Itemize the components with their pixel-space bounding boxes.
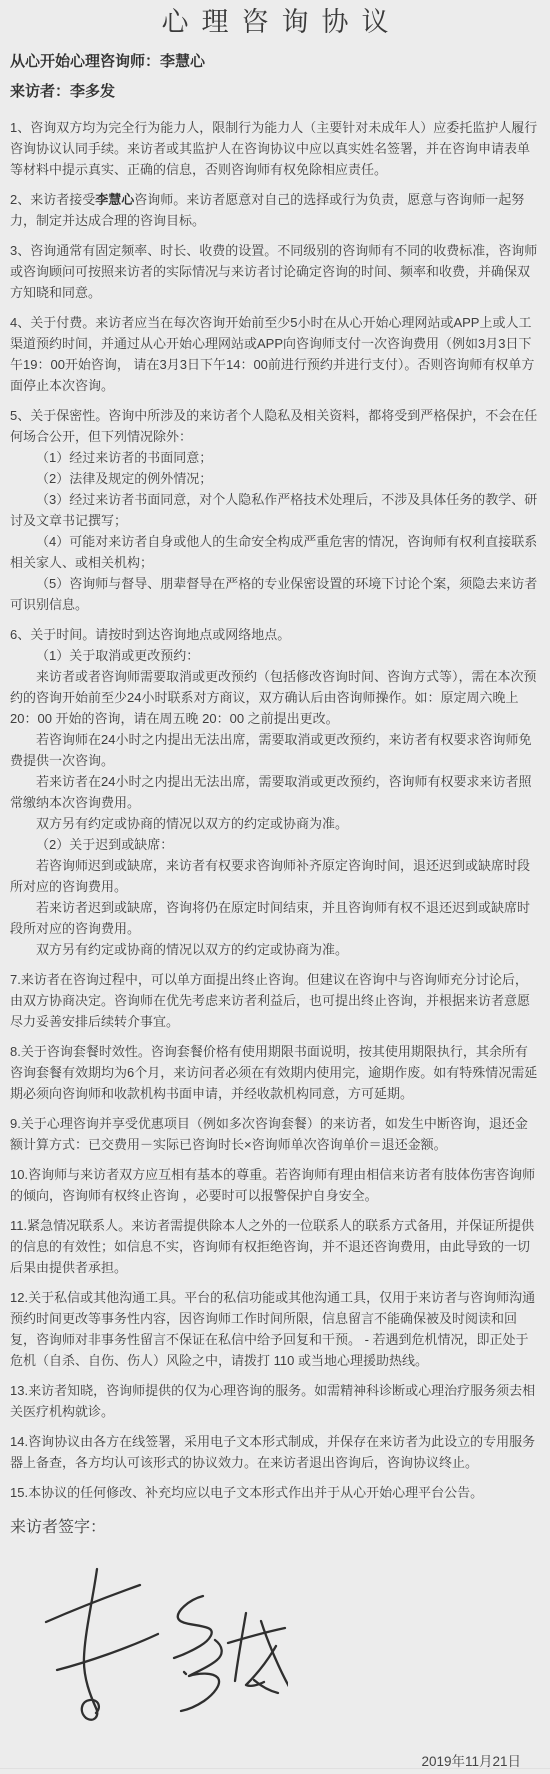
clause-subitem: （5）咨询师与督导、朋辈督导在严格的专业保密设置的环境下讨论个案，须隐去来访者可… [10,573,540,615]
clause-paragraph: 1、咨询双方均为完全行为能力人，限制行为能力人（主要针对未成年人）应委托监护人履… [10,117,540,180]
clause-subitem: （4）可能对来访者自身或他人的生命安全构成严重危害的情况，咨询师有权利直接联系相… [10,531,540,573]
bottom-divider [0,1768,550,1769]
clause-subitem: （2）关于迟到或缺席： [10,834,540,855]
clause-paragraph: 11.紧急情况联系人。来访者需提供除本人之外的一位联系人的联系方式备用，并保证所… [10,1215,540,1278]
clause-subitem: 若咨询师迟到或缺席，来访者有权要求咨询师补齐原定咨询时间，退还迟到或缺席时段所对… [10,855,540,897]
clause-subitem: （1）经过来访者的书面同意； [10,447,540,468]
clause-paragraph: 2、来访者接受李慧心咨询师。来访者愿意对自己的选择或行为负责，愿意与咨询师一起努… [10,189,540,231]
clause-subitem: 若来访者迟到或缺席，咨询将仍在原定时间结束，并且咨询师有权不退还迟到或缺席时段所… [10,897,540,939]
clause-paragraph: 3、咨询通常有固定频率、时长、收费的设置。不同级别的咨询师有不同的收费标准，咨询… [10,240,540,303]
clause-paragraph: 13.来访者知晓，咨询师提供的仅为心理咨询的服务。如需精神科诊断或心理治疗服务须… [10,1380,540,1422]
clause-paragraph: 12.关于私信或其他沟通工具。平台的私信功能或其他沟通工具，仅用于来访者与咨询师… [10,1287,540,1371]
clauses-container: 1、咨询双方均为完全行为能力人，限制行为能力人（主要针对未成年人）应委托监护人履… [10,117,540,1503]
clause-paragraph: 10.咨询师与来访者双方应互相有基本的尊重。若咨询师有理由相信来访者有肢体伤害咨… [10,1164,540,1206]
clause-paragraph: 7.来访者在咨询过程中，可以单方面提出终止咨询。但建议在咨询中与咨询师充分讨论后… [10,969,540,1032]
clause-subitem: （3）经过来访者书面同意，对个人隐私作严格技术处理后，不涉及具体任务的教学、研讨… [10,489,540,531]
signature-area [10,1558,540,1733]
clause-paragraph: 15.本协议的任何修改、补充均应以电子文本形式作出并于从心开始心理平台公告。 [10,1482,540,1503]
clause-paragraph: 9.关于心理咨询并享受优惠项目（例如多次咨询套餐）的来访者，如发生中断咨询，退还… [10,1113,540,1155]
agreement-document: 心理咨询协议 从心开始心理咨询师：李慧心 来访者：李多发 1、咨询双方均为完全行… [0,0,550,1771]
visitor-name-line: 来访者：李多发 [10,84,540,100]
clause-paragraph: 8.关于咨询套餐时效性。咨询套餐价格有使用期限书面说明，按其使用期限执行，其余所… [10,1041,540,1104]
page-title: 心理咨询协议 [10,6,540,38]
clause-subitem: 双方另有约定或协商的情况以双方的约定或协商为准。 [10,939,540,960]
clause-subitem: 若来访者在24小时之内提出无法出席，需要取消或更改预约，咨询师有权要求来访者照常… [10,771,540,813]
clause-paragraph: 4、关于付费。来访者应当在每次咨询开始前至少5小时在从心开始心理网站或APP上或… [10,312,540,396]
clause-paragraph: 14.咨询协议由各方在线签署，采用电子文本形式制成，并保存在来访者为此设立的专用… [10,1431,540,1473]
clause-subitem: 若咨询师在24小时之内提出无法出席，需要取消或更改预约，来访者有权要求咨询师免费… [10,729,540,771]
clause-subitem: （1）关于取消或更改预约： [10,645,540,666]
clause-paragraph: 6、关于时间。请按时到达咨询地点或网络地点。 [10,624,540,645]
counselor-name-line: 从心开始心理咨询师：李慧心 [10,54,540,70]
clause-subitem: 来访者或者咨询师需要取消或更改预约（包括修改咨询时间、咨询方式等），需在本次预约… [10,666,540,729]
visitor-signature-drawing [38,1558,288,1733]
clause-subitem: 双方另有约定或协商的情况以双方的约定或协商为准。 [10,813,540,834]
clause-paragraph: 5、关于保密性。咨询中所涉及的来访者个人隐私及相关资料，都将受到严格保护，不会在… [10,405,540,447]
clause-subitem: （2）法律及规定的例外情况； [10,468,540,489]
signature-label: 来访者签字： [10,1517,540,1538]
